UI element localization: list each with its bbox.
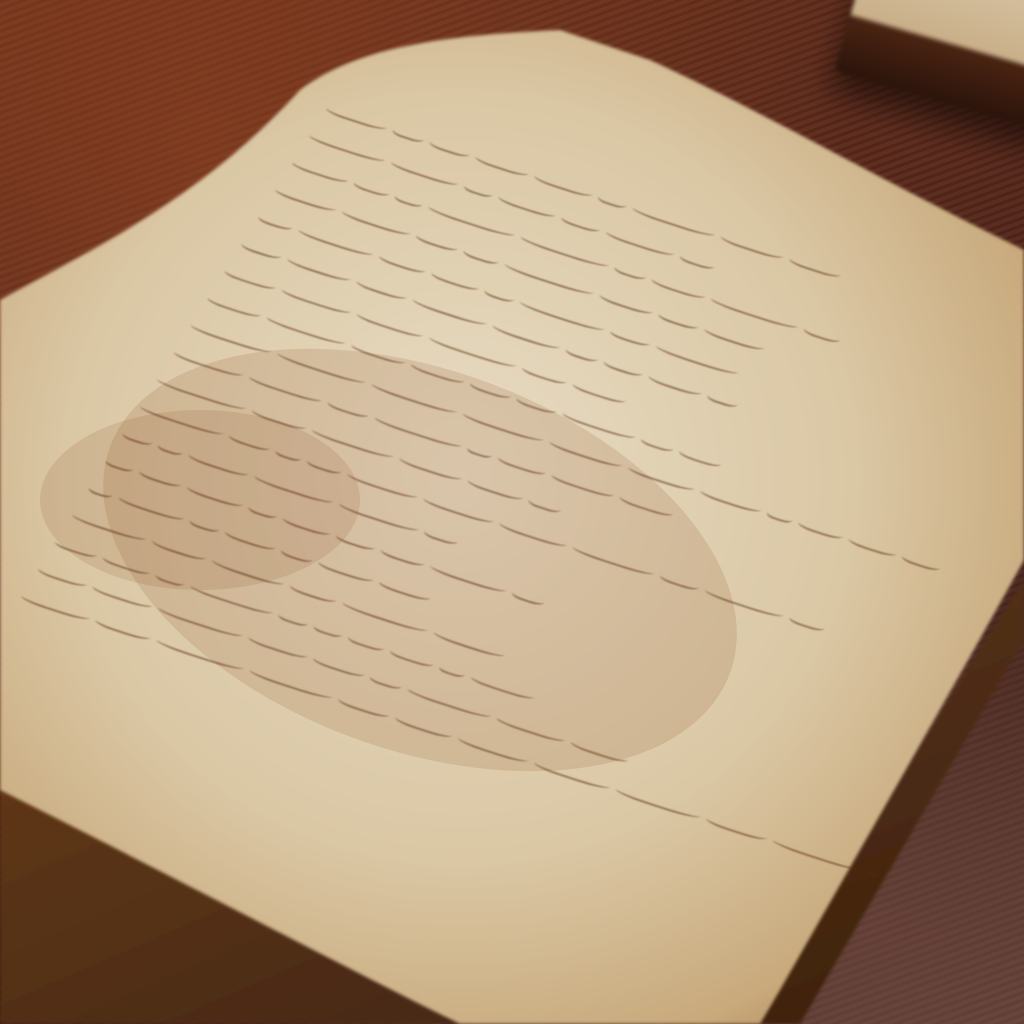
parchment-sheet [0, 0, 1024, 1024]
photo-scene [0, 0, 1024, 1024]
